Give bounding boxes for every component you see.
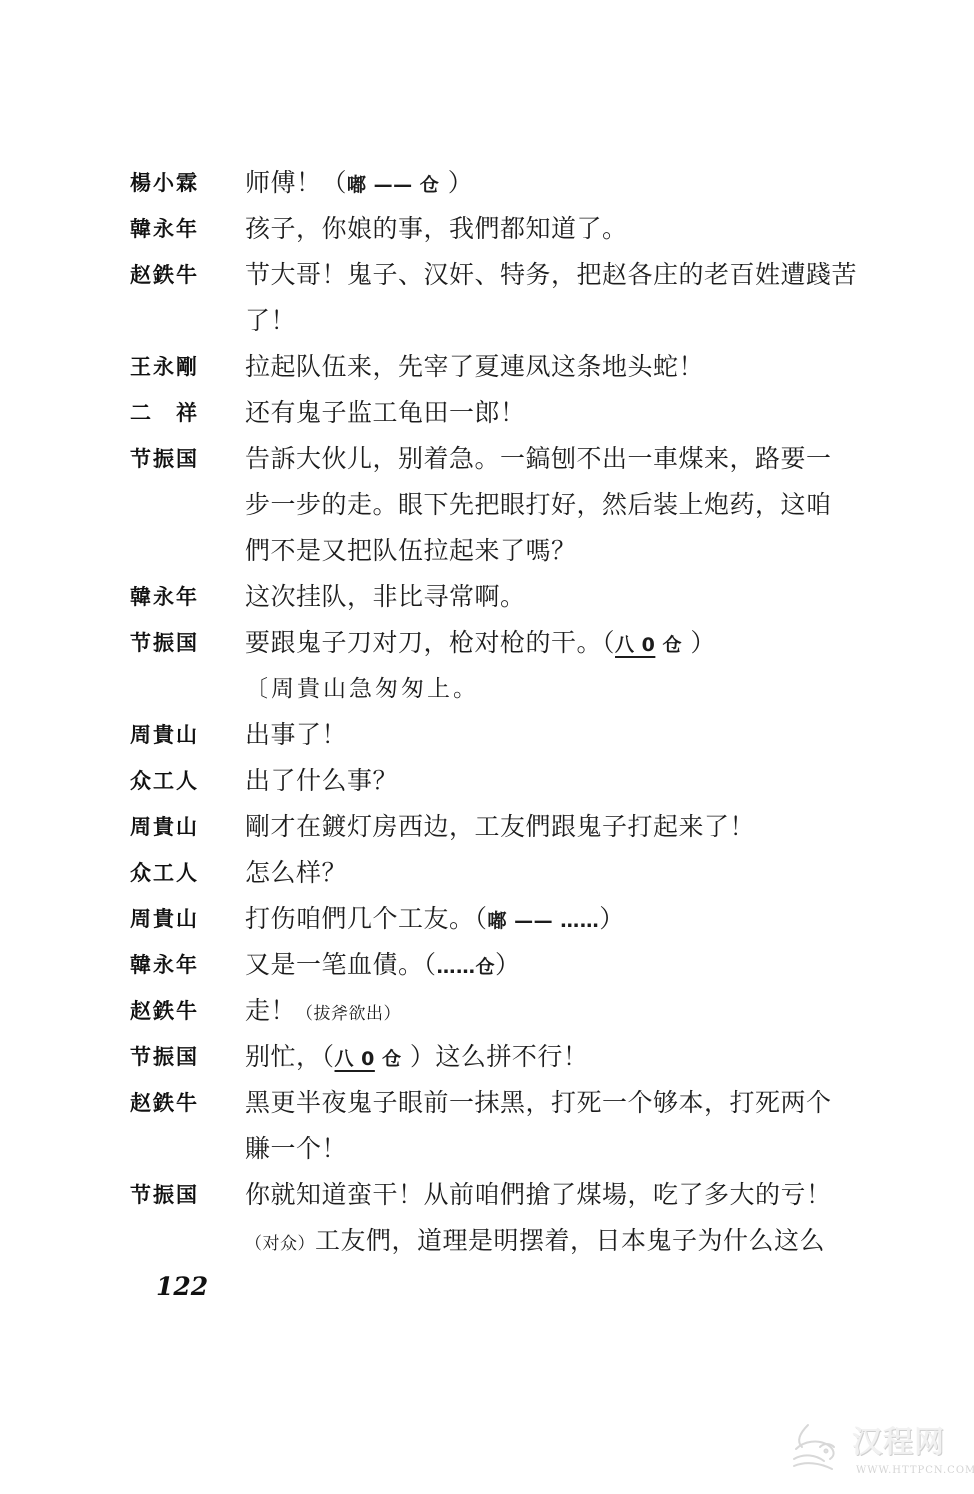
dialogue-continuation: 們不是又把队伍拉起来了嗎？: [130, 528, 890, 574]
inline-stage-direction: （拔斧欲出）: [296, 1004, 401, 1024]
dialogue-line: 节振国 告訴大伙儿，别着急。一鎬刨不出一車煤来，路要一: [130, 436, 890, 482]
speech-text: 节大哥！鬼子、汉奸、特务，把赵各庄的老百姓遭踐苦: [245, 252, 890, 298]
speech-segment: 师傅！（: [245, 168, 347, 197]
dialogue-line: 众工人 出了什么事？: [130, 758, 890, 804]
dialogue-continuation: 了！: [130, 298, 890, 344]
dialogue-continuation: 步一步的走。眼下先把眼打好，然后装上炮药，这咱: [130, 482, 890, 528]
dialogue-line: 节振国 你就知道蛮干！从前咱們搶了煤場，吃了多大的亏！: [130, 1172, 890, 1218]
percussion-cue: 仓: [375, 1048, 402, 1070]
stage-direction: 〔周貴山急匆匆上。: [130, 666, 890, 712]
speech-segment: 别忙，（: [245, 1042, 335, 1071]
speech-text: 賺一个！: [245, 1126, 890, 1172]
speaker-name: 节振国: [130, 1172, 245, 1218]
dialogue-line: 周貴山 出事了！: [130, 712, 890, 758]
speech-text: 剛才在鍍灯房西边，工友們跟鬼子打起来了！: [245, 804, 890, 850]
stage-direction-text: 〔周貴山急匆匆上。: [245, 666, 890, 712]
speech-text: 孩子，你娘的事，我們都知道了。: [245, 206, 890, 252]
dialogue-line: 王永剛 拉起队伍来，先宰了夏連凤这条地头蛇！: [130, 344, 890, 390]
speech-text: 师傅！（嘟 —— 仓 ）: [245, 160, 890, 208]
speech-segment: ）: [495, 950, 521, 979]
watermark-title: 汉程网: [852, 1417, 945, 1461]
speaker-name: 周貴山: [130, 896, 245, 942]
speaker-name: 韓永年: [130, 574, 245, 620]
speech-segment: 打伤咱們几个工友。（: [245, 904, 488, 933]
speech-segment: 要跟鬼子刀对刀，枪对枪的干。（: [245, 628, 615, 657]
watermark-url: WWW.HTTPCN.COM: [856, 1465, 974, 1476]
speech-segment: 走！: [245, 996, 296, 1025]
dragon-logo-icon: [790, 1419, 845, 1474]
play-script: 楊小霖 师傅！（嘟 —— 仓 ） 韓永年 孩子，你娘的事，我們都知道了。 赵鉄牛…: [130, 160, 890, 1264]
speaker-name: 赵鉄牛: [130, 1080, 245, 1126]
inline-stage-direction: （对众）: [245, 1234, 315, 1254]
dialogue-line: 赵鉄牛 黑更半夜鬼子眼前一抹黑，打死一个够本，打死两个: [130, 1080, 890, 1126]
speech-text: 怎么样？: [245, 850, 890, 896]
watermark: 汉程网 WWW.HTTPCN.COM: [790, 1415, 970, 1485]
book-page: 楊小霖 师傅！（嘟 —— 仓 ） 韓永年 孩子，你娘的事，我們都知道了。 赵鉄牛…: [0, 0, 974, 1494]
speech-segment: 又是一笔血債。（: [245, 950, 437, 979]
speech-text: （对众）工友們，道理是明摆着，日本鬼子为什么这么: [245, 1218, 890, 1267]
dialogue-line: 节振国 要跟鬼子刀对刀，枪对枪的干。（八 0 仓 ）: [130, 620, 890, 666]
speech-text: 告訴大伙儿，别着急。一鎬刨不出一車煤来，路要一: [245, 436, 890, 482]
dialogue-line: 众工人 怎么样？: [130, 850, 890, 896]
speech-text: 步一步的走。眼下先把眼打好，然后装上炮药，这咱: [245, 482, 890, 528]
dialogue-line: 周貴山 打伤咱們几个工友。（嘟 —— ……）: [130, 896, 890, 942]
dialogue-line: 楊小霖 师傅！（嘟 —— 仓 ）: [130, 160, 890, 206]
speech-segment: ）这么拼不行！: [401, 1042, 588, 1071]
speaker-name: 韓永年: [130, 942, 245, 988]
speaker-name: 楊小霖: [130, 160, 245, 206]
dialogue-continuation: （对众）工友們，道理是明摆着，日本鬼子为什么这么: [130, 1218, 890, 1264]
dialogue-line: 韓永年 孩子，你娘的事，我們都知道了。: [130, 206, 890, 252]
speaker-name: 节振国: [130, 436, 245, 482]
speech-segment: ）: [599, 904, 625, 933]
speech-text: 你就知道蛮干！从前咱們搶了煤場，吃了多大的亏！: [245, 1172, 890, 1218]
speech-segment: ）: [682, 628, 716, 657]
percussion-cue: 嘟 —— 仓: [347, 174, 439, 196]
speaker-name: 赵鉄牛: [130, 252, 245, 298]
speaker-name: 王永剛: [130, 344, 245, 390]
speech-text: 了！: [245, 298, 890, 344]
speech-text: 又是一笔血債。（……仓）: [245, 942, 890, 990]
speech-text: 們不是又把队伍拉起来了嗎？: [245, 528, 890, 574]
speech-text: 这次挂队，非比寻常啊。: [245, 574, 890, 620]
speech-text: 打伤咱們几个工友。（嘟 —— ……）: [245, 896, 890, 944]
speaker-name: 众工人: [130, 758, 245, 804]
percussion-cue-underlined: 八 0: [335, 1048, 375, 1070]
percussion-cue-underlined: 八 0: [615, 634, 655, 656]
speaker-name: 二 祥: [130, 390, 245, 436]
dialogue-line: 二 祥 还有鬼子监工龟田一郎！: [130, 390, 890, 436]
dialogue-line: 节振国 别忙，（八 0 仓 ）这么拼不行！: [130, 1034, 890, 1080]
speech-text: 出了什么事？: [245, 758, 890, 804]
speech-text: 要跟鬼子刀对刀，枪对枪的干。（八 0 仓 ）: [245, 620, 890, 668]
speech-text: 拉起队伍来，先宰了夏連凤这条地头蛇！: [245, 344, 890, 390]
speaker-name: 周貴山: [130, 712, 245, 758]
dialogue-line: 周貴山 剛才在鍍灯房西边，工友們跟鬼子打起来了！: [130, 804, 890, 850]
speech-segment: ）: [439, 168, 473, 197]
percussion-cue: ……仓: [437, 956, 496, 978]
speech-text: 别忙，（八 0 仓 ）这么拼不行！: [245, 1034, 890, 1082]
speaker-name: 周貴山: [130, 804, 245, 850]
dialogue-continuation: 賺一个！: [130, 1126, 890, 1172]
speech-text: 走！（拔斧欲出）: [245, 988, 890, 1037]
speech-text: 出事了！: [245, 712, 890, 758]
percussion-cue: 嘟 —— ……: [488, 910, 600, 932]
speaker-name: 众工人: [130, 850, 245, 896]
speech-segment: 工友們，道理是明摆着，日本鬼子为什么这么: [315, 1226, 825, 1255]
percussion-cue: 仓: [655, 634, 682, 656]
speaker-name: 韓永年: [130, 206, 245, 252]
speech-text: 还有鬼子监工龟田一郎！: [245, 390, 890, 436]
dialogue-line: 韓永年 又是一笔血債。（……仓）: [130, 942, 890, 988]
speaker-name: 赵鉄牛: [130, 988, 245, 1034]
dialogue-line: 赵鉄牛 节大哥！鬼子、汉奸、特务，把赵各庄的老百姓遭踐苦: [130, 252, 890, 298]
speaker-name: 节振国: [130, 1034, 245, 1080]
speech-text: 黑更半夜鬼子眼前一抹黑，打死一个够本，打死两个: [245, 1080, 890, 1126]
dialogue-line: 赵鉄牛 走！（拔斧欲出）: [130, 988, 890, 1034]
speaker-name: 节振国: [130, 620, 245, 666]
dialogue-line: 韓永年 这次挂队，非比寻常啊。: [130, 574, 890, 620]
page-number: 122: [156, 1272, 208, 1301]
